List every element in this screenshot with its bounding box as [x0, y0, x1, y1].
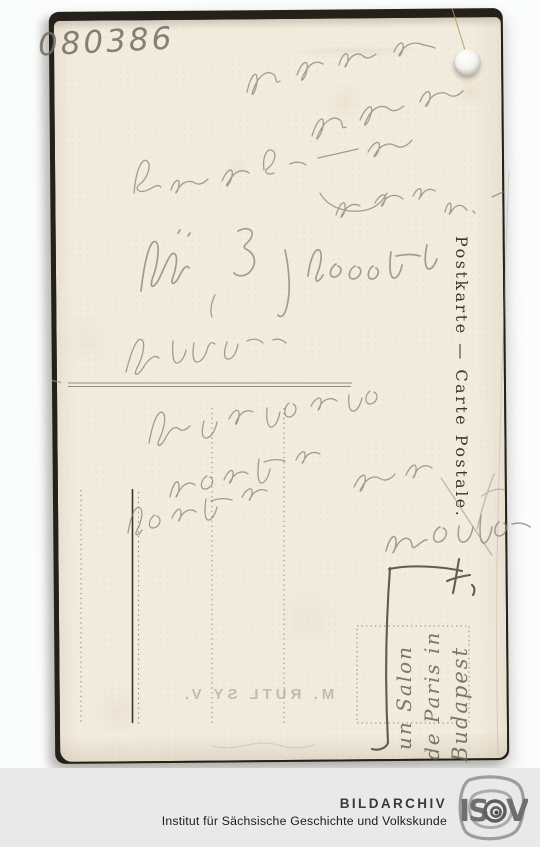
punch-hole-icon [455, 49, 481, 75]
footer-strip: BILDARCHIV Institut für Sächsische Gesch… [0, 768, 540, 847]
vertical-crease [497, 170, 509, 756]
printed-rules [52, 381, 352, 387]
address-dotted-lines [81, 408, 284, 726]
pencil-bracket [372, 559, 474, 750]
footer-title: BILDARCHIV [162, 796, 447, 811]
corner-crease [452, 8, 465, 50]
archival-scan-page: 080386 Postkarte — Carte Postale. M. RUT… [0, 0, 540, 847]
footer-text-block: BILDARCHIV Institut für Sächsische Gesch… [162, 796, 447, 828]
pencil-scribbles [126, 43, 530, 748]
footer-subtitle: Institut für Sächsische Geschichte und V… [162, 814, 447, 828]
stamp-box [357, 626, 469, 723]
isgv-logo-icon: IS V [454, 772, 528, 844]
pencil-and-print-overlay [0, 0, 540, 847]
isgv-logo-letter-right: V [506, 794, 528, 829]
